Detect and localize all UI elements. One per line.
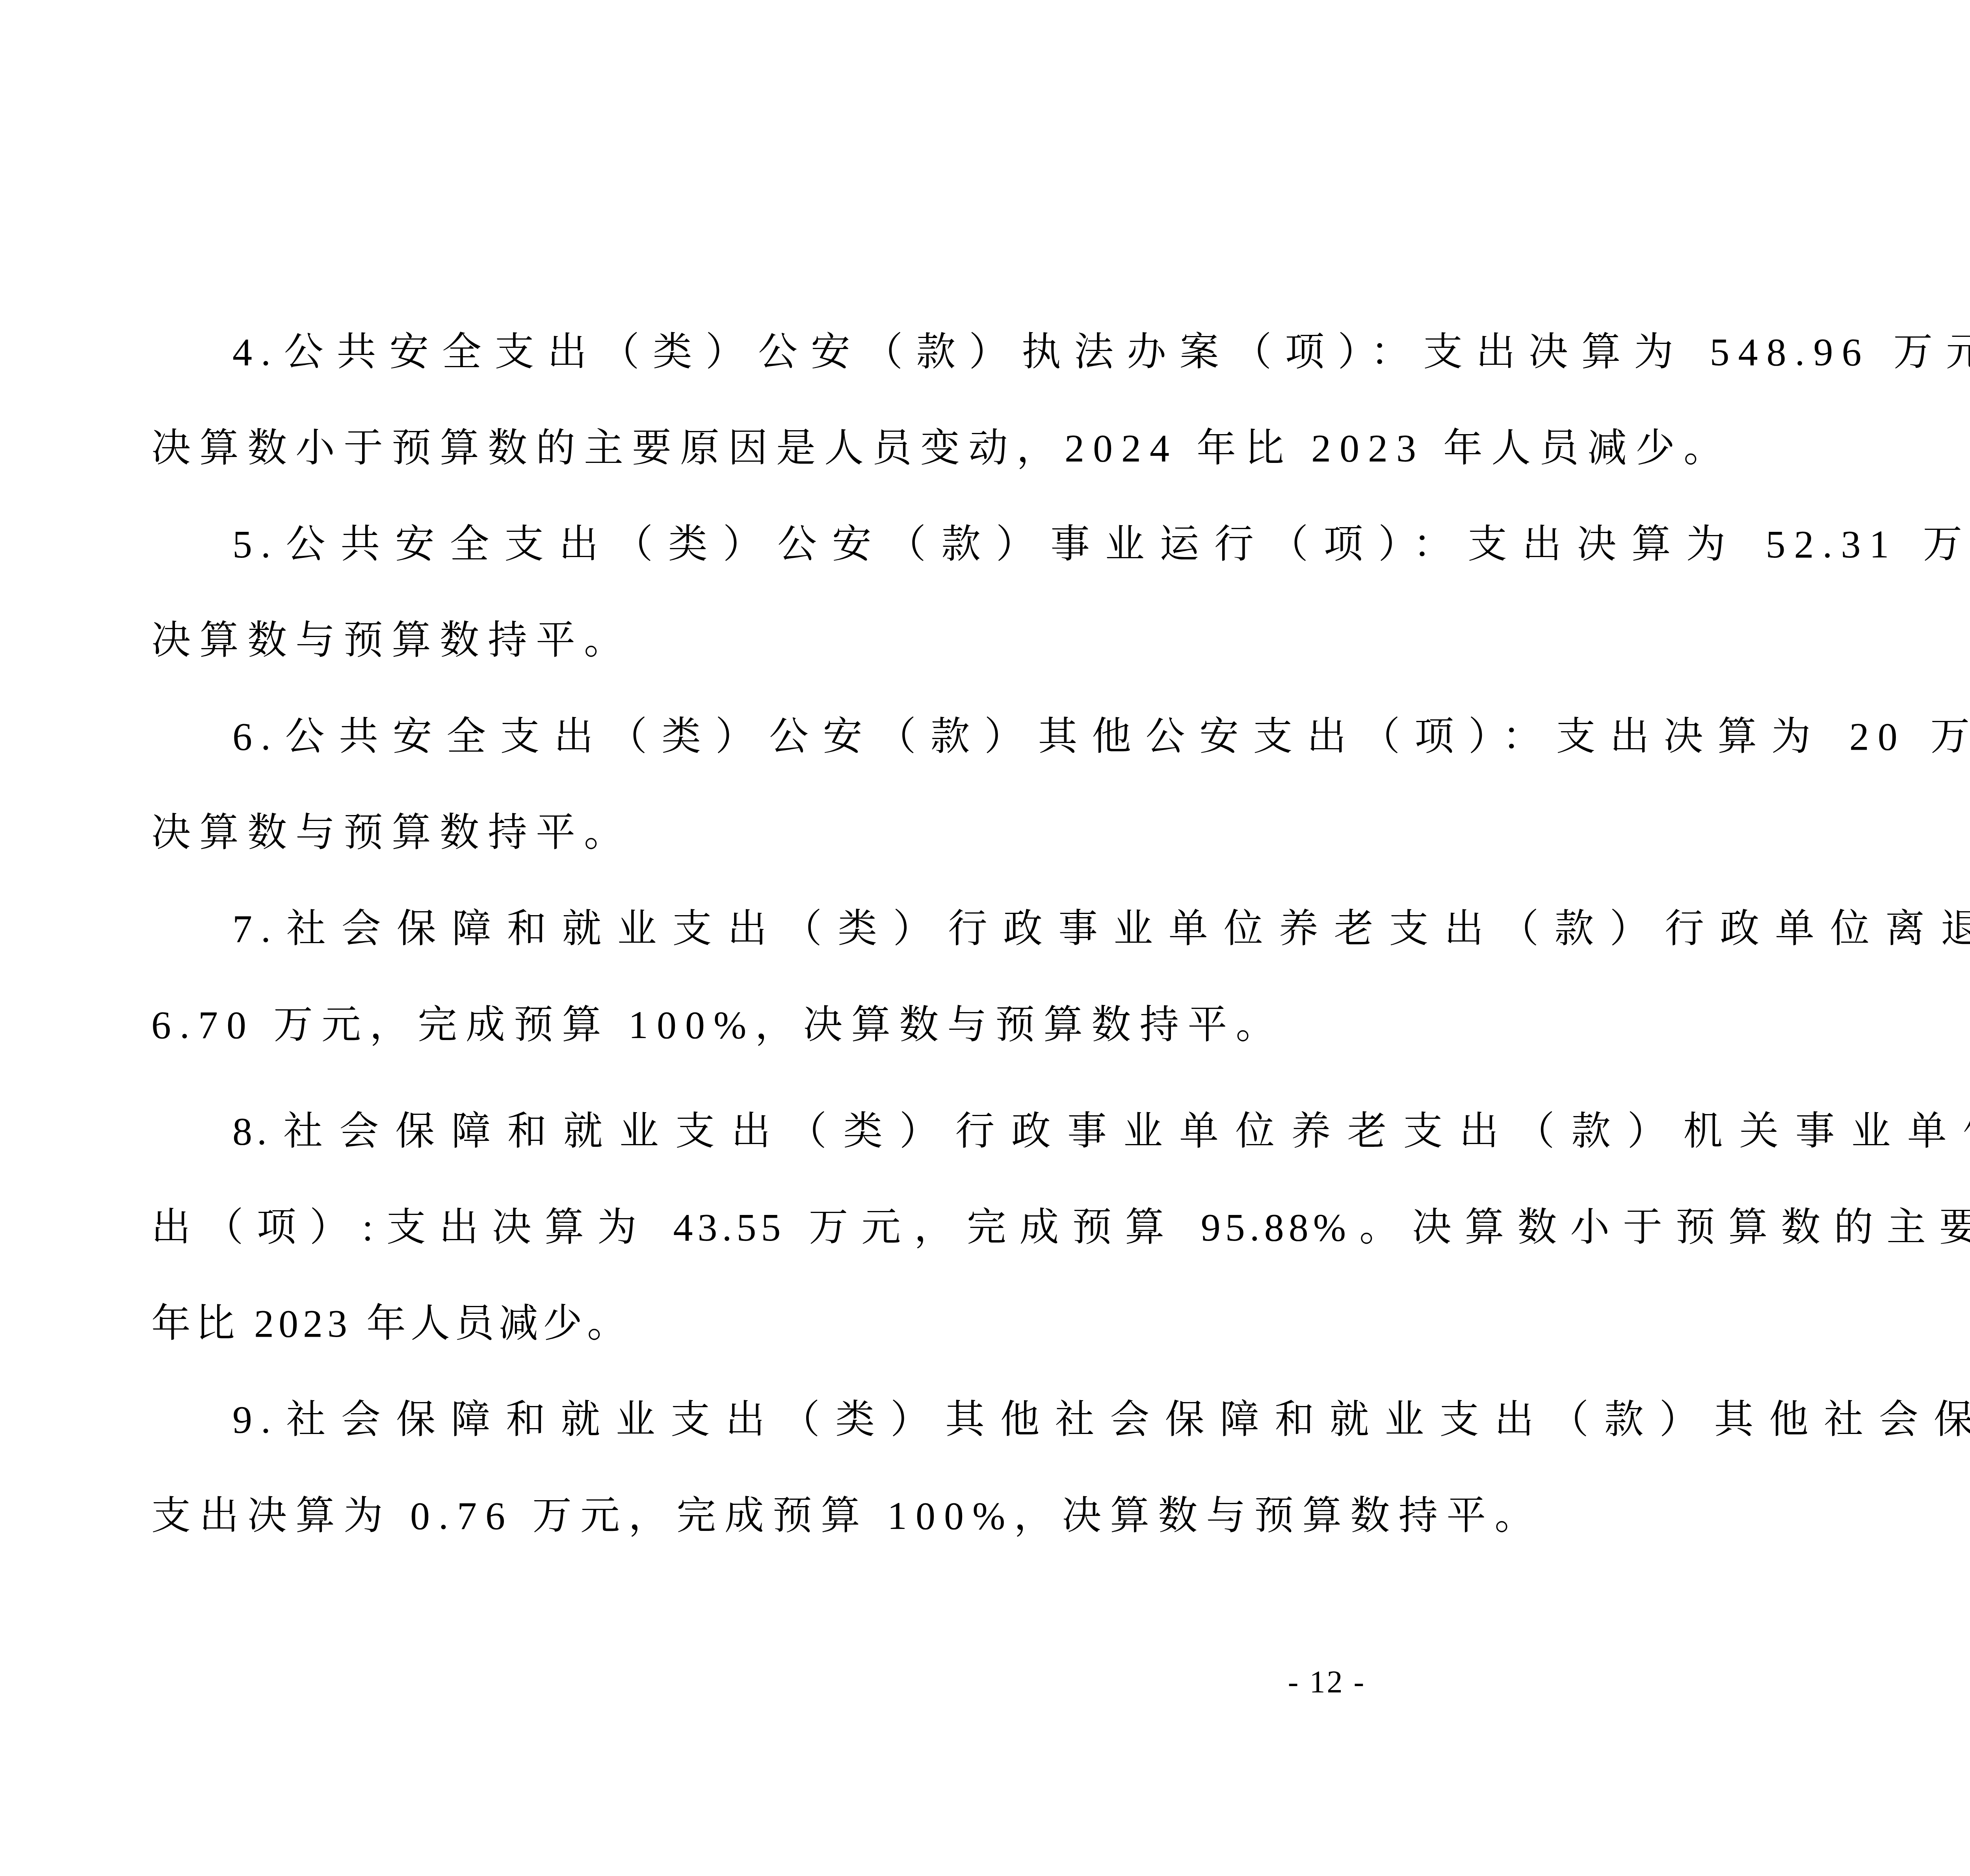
page-number: - 12 - [0,1655,1970,1710]
text-line: 9.社会保障和就业支出（类）其他社会保障和就业支出（款）其他社会保障和就业支出（… [151,1372,1970,1468]
paragraph-9: 9.社会保障和就业支出（类）其他社会保障和就业支出（款）其他社会保障和就业支出（… [151,1372,1970,1564]
text-line: 4.公共安全支出（类）公安（款）执法办案（项）：支出决算为 548.96 万元，… [151,304,1970,400]
paragraph-8: 8.社会保障和就业支出（类）行政事业单位养老支出（款）机关事业单位基本养老保险缴… [151,1083,1970,1372]
text-line: 支出决算为 0.76 万元，完成预算 100%，决算数与预算数持平。 [151,1468,1970,1564]
paragraph-4: 4.公共安全支出（类）公安（款）执法办案（项）：支出决算为 548.96 万元，… [151,304,1970,496]
text-line: 出（项）:支出决算为 43.55 万元，完成预算 95.88%。决算数小于预算数… [151,1179,1970,1276]
text-line: 年比 2023 年人员减少。 [151,1276,1970,1372]
document-body: 4.公共安全支出（类）公安（款）执法办案（项）：支出决算为 548.96 万元，… [151,304,1970,1564]
text-line: 7.社会保障和就业支出（类）行政事业单位养老支出（款）行政单位离退休（项）:支出… [151,881,1970,977]
text-line: 决算数与预算数持平。 [151,593,1970,689]
paragraph-5: 5.公共安全支出（类）公安（款）事业运行（项）：支出决算为 52.31 万元，完… [151,496,1970,689]
paragraph-7: 7.社会保障和就业支出（类）行政事业单位养老支出（款）行政单位离退休（项）:支出… [151,881,1970,1073]
document-page: 4.公共安全支出（类）公安（款）执法办案（项）：支出决算为 548.96 万元，… [0,0,1970,1876]
paragraph-6: 6.公共安全支出（类）公安（款）其他公安支出（项）：支出决算为 20 万元，完成… [151,689,1970,881]
text-line: 决算数小于预算数的主要原因是人员变动，2024 年比 2023 年人员减少。 [151,400,1970,496]
text-line: 5.公共安全支出（类）公安（款）事业运行（项）：支出决算为 52.31 万元，完… [151,496,1970,593]
text-line: 6.公共安全支出（类）公安（款）其他公安支出（项）：支出决算为 20 万元，完成… [151,689,1970,785]
text-line: 决算数与预算数持平。 [151,785,1970,881]
text-line: 6.70 万元，完成预算 100%，决算数与预算数持平。 [151,977,1970,1073]
text-line: 8.社会保障和就业支出（类）行政事业单位养老支出（款）机关事业单位基本养老保险缴… [151,1083,1970,1179]
